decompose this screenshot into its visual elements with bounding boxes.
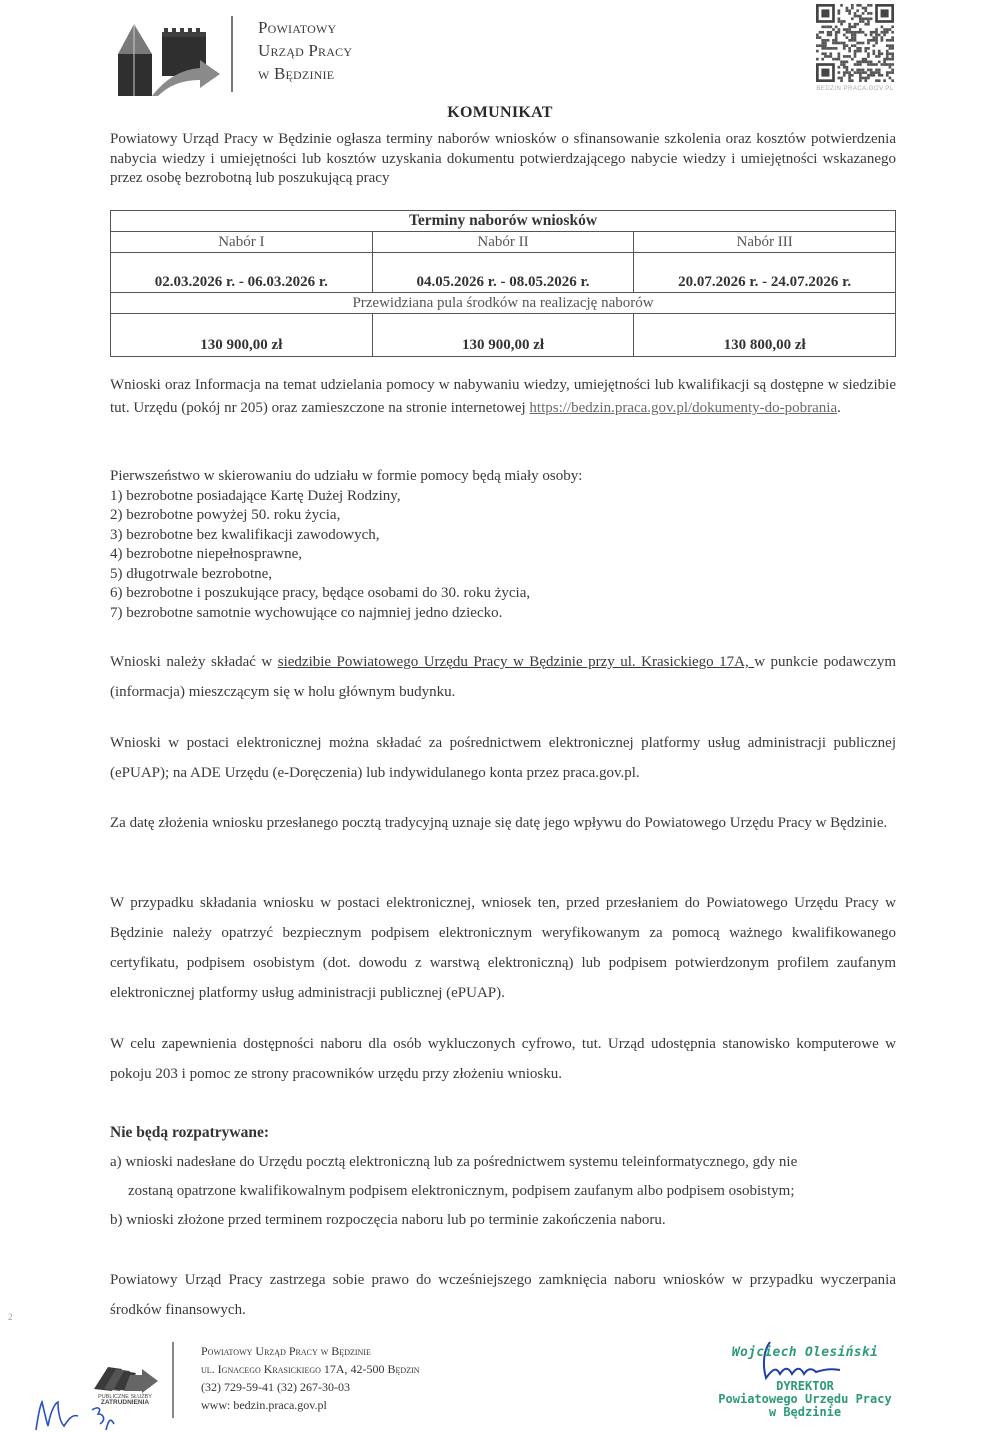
submission-paragraph: Wnioski należy składać w siedzibie Powia… [110, 647, 896, 707]
not-considered-heading: Nie będą rozpatrywane: [110, 1124, 269, 1142]
table-row-amounts: 130 900,00 zł 130 900,00 zł 130 800,00 z… [111, 314, 896, 357]
footer-contact: Powiatowy Urząd Pracy w Będzinie ul. Ign… [201, 1342, 420, 1414]
list-item: 5) długotrwale bezrobotne, [110, 565, 582, 585]
towers-arrow-logo-icon [112, 14, 222, 96]
date-range-cell: 04.05.2026 r. - 08.05.2026 r. [372, 253, 634, 293]
table-title: Terminy naborów wniosków [111, 211, 896, 232]
margin-mark: 2 [8, 1312, 13, 1322]
priority-heading: Pierwszeństwo w skierowaniu do udziału w… [110, 467, 582, 487]
director-signature-stamp: Wojciech Olesiński DYREKTOR Powiatowego … [705, 1345, 905, 1419]
footer-org-name: Powiatowy Urząd Pracy w Będzinie [201, 1342, 420, 1360]
list-item-continuation: zostaną opatrzone kwalifikowalnym podpis… [110, 1177, 900, 1206]
footer-website[interactable]: www: bedzin.praca.gov.pl [201, 1396, 420, 1414]
date-range-cell: 02.03.2026 r. - 06.03.2026 r. [111, 253, 373, 293]
org-name-line-1: Powiatowy [258, 16, 352, 39]
submission-prefix: Wnioski należy składać w [110, 654, 278, 670]
documents-download-link[interactable]: https://bedzin.praca.gov.pl/dokumenty-do… [529, 400, 837, 416]
list-item: 7) bezrobotne samotnie wychowujące co na… [110, 604, 582, 624]
availability-paragraph: Wnioski oraz Informacja na temat udziela… [110, 374, 896, 420]
list-item: 3) bezrobotne bez kwalifikacji zawodowyc… [110, 526, 582, 546]
list-item: a) wnioski nadesłane do Urzędu pocztą el… [110, 1148, 900, 1177]
amount-cell: 130 800,00 zł [634, 314, 896, 357]
table-header-cell: Nabór II [372, 232, 634, 253]
org-name-line-3: w Będzinie [258, 62, 352, 85]
electronic-signing-paragraph: W przypadku składania wniosku w postaci … [110, 888, 896, 1008]
electronic-submission-paragraph: Wnioski w postaci elektronicznej można s… [110, 728, 896, 788]
recruitment-schedule-table: Terminy naborów wniosków Nabór I Nabór I… [110, 210, 896, 357]
digital-exclusion-paragraph: W celu zapewnienia dostępności naboru dl… [110, 1029, 896, 1089]
table-row-dates: 02.03.2026 r. - 06.03.2026 r. 04.05.2026… [111, 253, 896, 293]
qr-caption: BEDZIN.PRACA.GOV.PL [812, 86, 898, 92]
table-header-cell: Nabór I [111, 232, 373, 253]
availability-suffix: . [837, 400, 841, 416]
org-name: Powiatowy Urząd Pracy w Będzinie [258, 16, 352, 85]
priority-list: Pierwszeństwo w skierowaniu do udziału w… [110, 467, 582, 623]
list-item: 4) bezrobotne niepełnosprawne, [110, 545, 582, 565]
date-range-cell: 20.07.2026 r. - 24.07.2026 r. [634, 253, 896, 293]
footer-phone: (32) 729-59-41 (32) 267-30-03 [201, 1378, 420, 1396]
footer-divider [172, 1342, 174, 1418]
submission-address: siedzibie Powiatowego Urzędu Pracy w Będ… [278, 654, 754, 670]
not-considered-list: a) wnioski nadesłane do Urzędu pocztą el… [110, 1148, 900, 1235]
list-item: 1) bezrobotne posiadające Kartę Dużej Ro… [110, 487, 582, 507]
org-name-line-2: Urząd Pracy [258, 39, 352, 62]
document-title: KOMUNIKAT [0, 104, 1000, 122]
list-item: b) wnioski złożone przed terminem rozpoc… [110, 1206, 900, 1235]
list-item: 2) bezrobotne powyżej 50. roku życia, [110, 506, 582, 526]
handwritten-initials-icon [30, 1396, 120, 1432]
signatory-org-line-2: w Będzinie [705, 1406, 905, 1419]
postal-date-paragraph: Za datę złożenia wniosku przesłanego poc… [110, 808, 896, 838]
footer-address: ul. Ignacego Krasickiego 17A, 42-500 Będ… [201, 1360, 420, 1378]
logo-divider [231, 16, 233, 92]
list-item: 6) bezrobotne i poszukujące pracy, będąc… [110, 584, 582, 604]
reservation-paragraph: Powiatowy Urząd Pracy zastrzega sobie pr… [110, 1265, 896, 1325]
qr-code-icon[interactable] [816, 4, 894, 82]
amount-cell: 130 900,00 zł [111, 314, 373, 357]
intro-paragraph: Powiatowy Urząd Pracy w Będzinie ogłasza… [110, 130, 896, 189]
amount-cell: 130 900,00 zł [372, 314, 634, 357]
table-header-cell: Nabór III [634, 232, 896, 253]
signatory-name: Wojciech Olesiński [705, 1345, 905, 1360]
pool-label: Przewidziana pula środków na realizację … [111, 293, 896, 314]
